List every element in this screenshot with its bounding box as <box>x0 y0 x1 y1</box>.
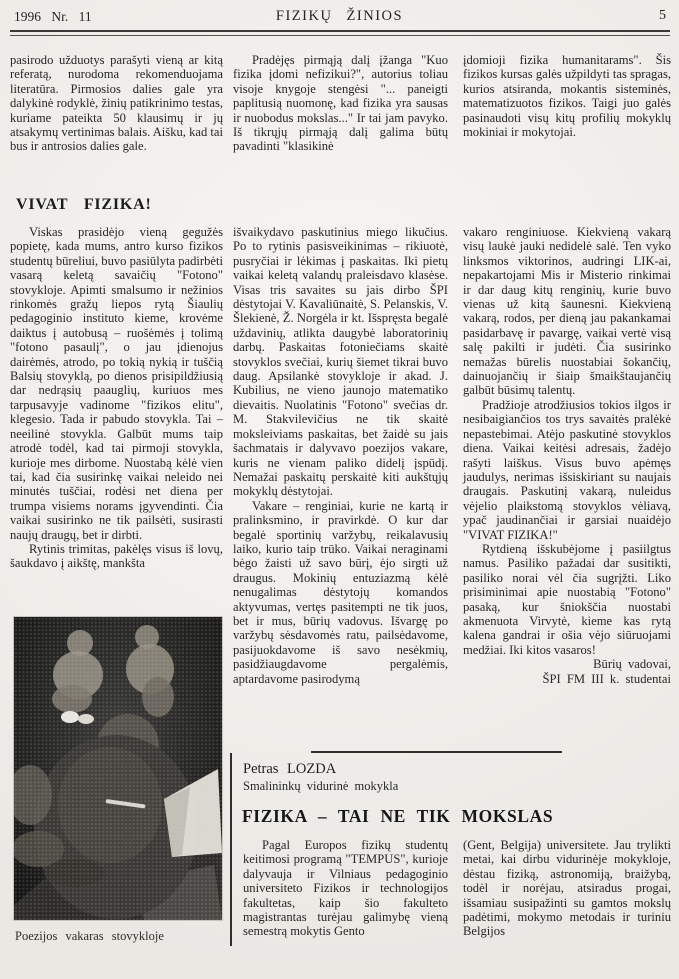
vivat-column-3: vakaro renginiuose. Kiekvieną vakarą vis… <box>463 225 671 686</box>
fizika-article-heading: FIZIKA – TAI NE TIK MOKSLAS <box>242 806 553 827</box>
fizika-column-left: Pagal Europos fizikų studentų keitimosi … <box>243 838 448 939</box>
paragraph: Rytinis trimitas, pakėlęs visus iš lovų,… <box>10 542 223 571</box>
paragraph: Viskas prasidėjo vieną gegužės popietę, … <box>10 225 223 542</box>
journal-page: 1996 Nr. 11 FIZIKŲ ŽINIOS 5 pasirodo užd… <box>0 0 679 979</box>
vivat-column-1: Viskas prasidėjo vieną gegužės popietę, … <box>10 225 223 571</box>
paragraph: vakaro renginiuose. Kiekvieną vakarą vis… <box>463 225 671 398</box>
photo-poetry-evening <box>14 617 222 920</box>
signature-authors: ŠPI FM III k. studentai <box>463 672 671 686</box>
signature-role: Būrių vadovai, <box>463 657 671 671</box>
article-author: Petras LOZDA <box>243 761 336 778</box>
article-author-affiliation: Smalininkų vidurinė mokykla <box>243 779 398 794</box>
paragraph: (Gent, Belgija) universitete. Jau trylik… <box>463 838 671 939</box>
photo-caption: Poezijos vakaras stovykloje <box>15 929 164 944</box>
page-number: 5 <box>659 8 666 24</box>
header-double-rule <box>10 30 670 36</box>
paragraph: Pagal Europos fizikų studentų keitimosi … <box>243 838 448 939</box>
article-separator-rule <box>311 751 562 753</box>
top-article-column-2: Pradėjęs pirmąją dalį įžanga "Kuo fizika… <box>233 53 448 154</box>
paragraph: Pradėjęs pirmąją dalį įžanga "Kuo fizika… <box>233 53 448 154</box>
journal-title: FIZIKŲ ŽINIOS <box>0 8 679 25</box>
top-article-column-3: įdomioji fizika humanitarams". Šis fizik… <box>463 53 671 139</box>
paragraph: Rytdieną išskubėjome į pasiilgtus namus.… <box>463 542 671 657</box>
paragraph: Pradžioje atrodžiusios tokios ilgos ir n… <box>463 398 671 542</box>
vivat-article-heading: VIVAT FIZIKA! <box>16 196 152 214</box>
top-article-column-1: pasirodo užduotys parašyti vieną ar kitą… <box>10 53 223 154</box>
paragraph: įdomioji fizika humanitarams". Šis fizik… <box>463 53 671 139</box>
paragraph: Vakare – renginiai, kurie ne kartą ir pr… <box>233 499 448 686</box>
paragraph: išvaikydavo paskutinius miego likučius. … <box>233 225 448 499</box>
column-divider-rule <box>230 753 232 946</box>
fizika-column-right: (Gent, Belgija) universitete. Jau trylik… <box>463 838 671 939</box>
paragraph: pasirodo užduotys parašyti vieną ar kitą… <box>10 53 223 154</box>
photo-halftone-graphic <box>14 617 222 920</box>
vivat-column-2: išvaikydavo paskutinius miego likučius. … <box>233 225 448 686</box>
